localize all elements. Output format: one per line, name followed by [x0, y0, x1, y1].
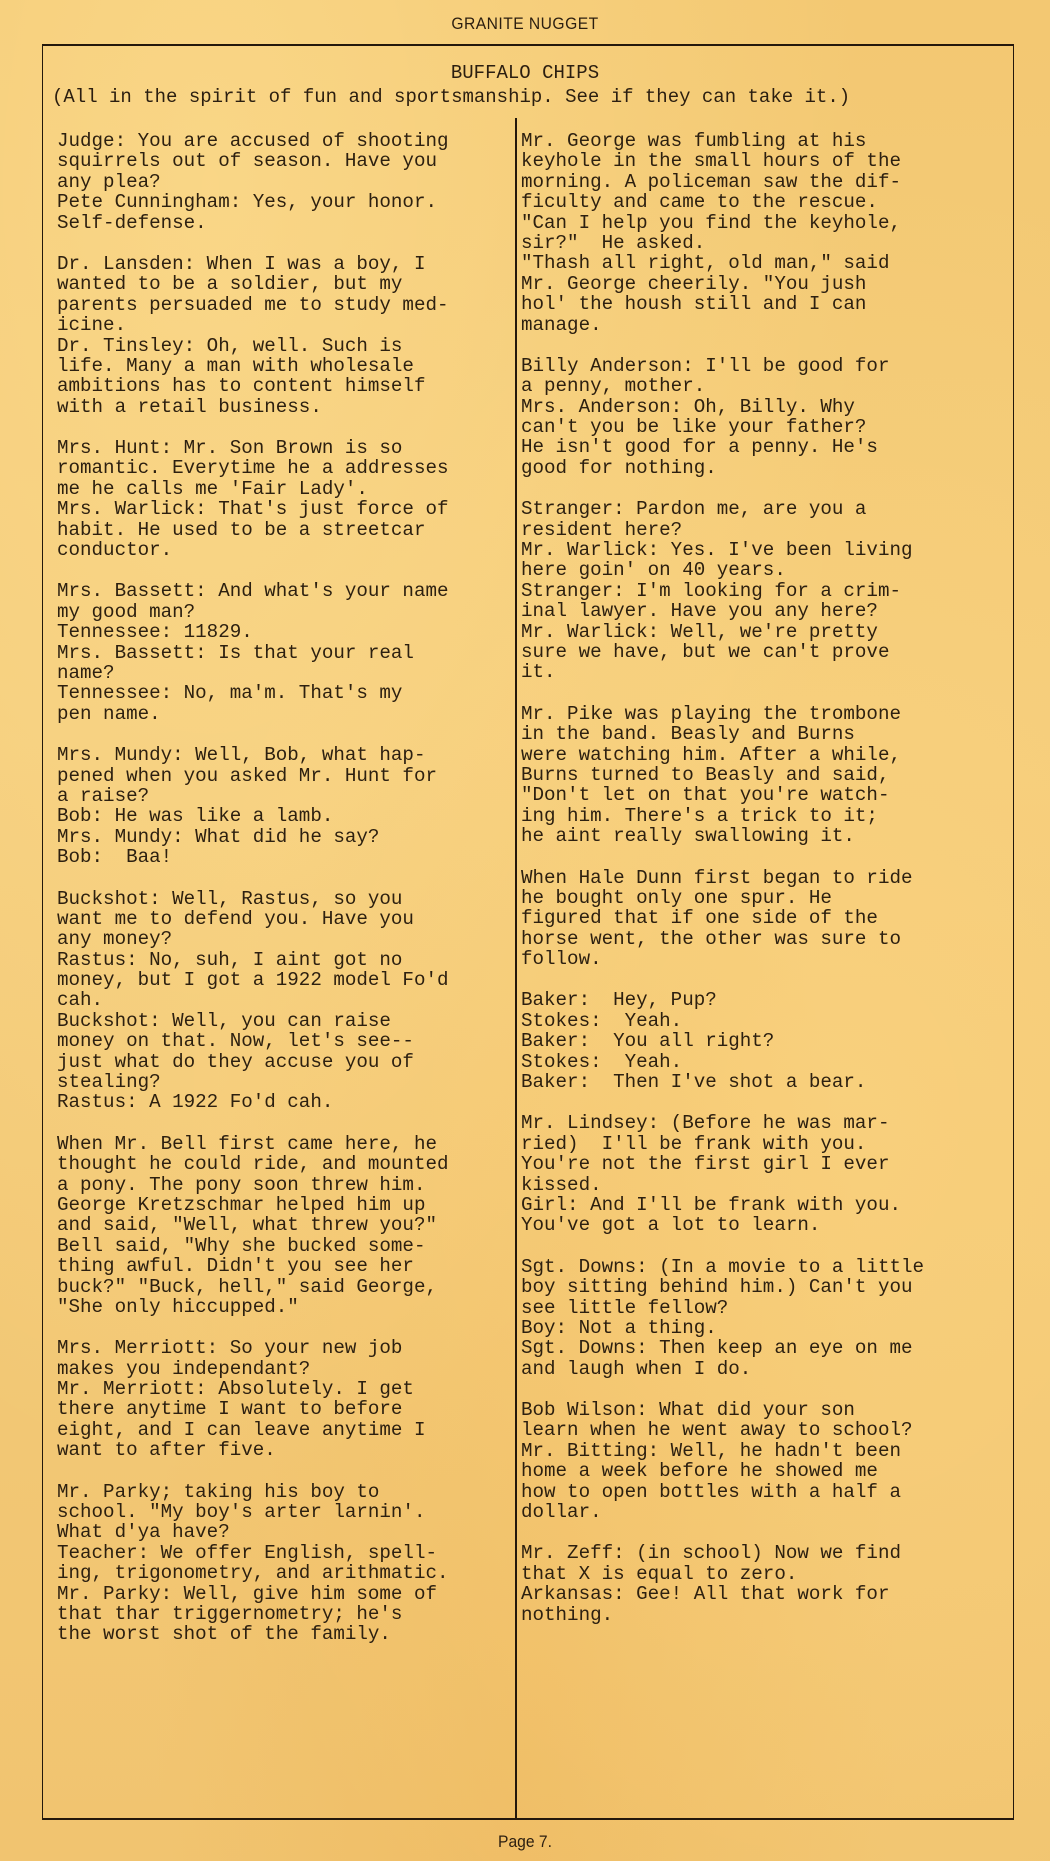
joke-line: with a retail business. [57, 397, 512, 417]
joke-line: nothing. [521, 1605, 1011, 1625]
joke-line: ambitions has to content himself [57, 376, 512, 396]
joke-line: want to after five. [57, 1440, 512, 1460]
joke-line: any plea? [57, 172, 512, 192]
joke-line: Sgt. Downs: Then keep an eye on me [521, 1338, 1011, 1358]
joke-line: school. "My boy's arter larnin'. [57, 1502, 512, 1522]
joke-item: Mr. Pike was playing the trombonein the … [521, 704, 1011, 847]
joke-line: You're not the first girl I ever [521, 1154, 1011, 1174]
joke-line: Mrs. Warlick: That's just force of [57, 499, 512, 519]
joke-item: Mr. Lindsey: (Before he was mar-ried) I'… [521, 1113, 1011, 1235]
newsletter-masthead: GRANITE NUGGET [42, 14, 1008, 34]
joke-line: me he calls me 'Fair Lady'. [57, 479, 512, 499]
joke-line: Dr. Lansden: When I was a boy, I [57, 254, 512, 274]
joke-line: Arkansas: Gee! All that work for [521, 1584, 1011, 1604]
joke-line: Rastus: A 1922 Fo'd cah. [57, 1092, 512, 1112]
joke-item: Mrs. Bassett: And what's your namemy goo… [57, 581, 512, 724]
joke-line: Stranger: I'm looking for a crim- [521, 581, 1011, 601]
joke-line: money on that. Now, let's see-- [57, 1031, 512, 1051]
joke-item: Mr. Parky; taking his boy toschool. "My … [57, 1482, 512, 1645]
joke-line: my good man? [57, 602, 512, 622]
joke-line: a pony. The pony soon threw him. [57, 1175, 512, 1195]
joke-line: ing, trigonometry, and arithmatic. [57, 1563, 512, 1583]
joke-line: were watching him. After a while, [521, 745, 1011, 765]
joke-line: "Don't let on that you're watch- [521, 785, 1011, 805]
joke-line: Mr. Pike was playing the trombone [521, 704, 1011, 724]
joke-line: Mrs. Bassett: And what's your name [57, 581, 512, 601]
joke-line: squirrels out of season. Have you [57, 151, 512, 171]
joke-line: a penny, mother. [521, 376, 1011, 396]
joke-line: just what do they accuse you of [57, 1052, 512, 1072]
joke-line: inal lawyer. Have you any here? [521, 601, 1011, 621]
joke-item: Sgt. Downs: (In a movie to a littleboy s… [521, 1257, 1011, 1379]
joke-line: thing awful. Didn't you see her [57, 1256, 512, 1276]
joke-line: Tennessee: No, ma'm. That's my [57, 683, 512, 703]
joke-line: Mr. Bitting: Well, he hadn't been [521, 1441, 1011, 1461]
joke-line: name? [57, 663, 512, 683]
joke-line: buck?" "Buck, hell," said George, [57, 1277, 512, 1297]
joke-line: When Hale Dunn first began to ride [521, 868, 1011, 888]
joke-line: parents persuaded me to study med- [57, 295, 512, 315]
joke-line: Baker: Then I've shot a bear. [521, 1072, 1011, 1092]
joke-line: that thar triggernometry; he's [57, 1604, 512, 1624]
joke-item: Mrs. Mundy: Well, Bob, what hap-pened wh… [57, 745, 512, 867]
joke-line: and laugh when I do. [521, 1359, 1011, 1379]
joke-item: Baker: Hey, Pup?Stokes: Yeah.Baker: You … [521, 990, 1011, 1092]
joke-line: Mrs. Anderson: Oh, Billy. Why [521, 397, 1011, 417]
joke-line: Mr. Lindsey: (Before he was mar- [521, 1113, 1011, 1133]
joke-line: dollar. [521, 1502, 1011, 1522]
joke-item: Billy Anderson: I'll be good fora penny,… [521, 356, 1011, 478]
joke-line: Mr. Parky; taking his boy to [57, 1482, 512, 1502]
joke-line: Baker: You all right? [521, 1031, 1011, 1051]
joke-line: Pete Cunningham: Yes, your honor. [57, 192, 512, 212]
joke-line: Mr. Warlick: Yes. I've been living [521, 540, 1011, 560]
joke-line: Buckshot: Well, you can raise [57, 1011, 512, 1031]
joke-line: Sgt. Downs: (In a movie to a little [521, 1257, 1011, 1277]
joke-line: sir?" He asked. [521, 233, 1011, 253]
joke-line: it. [521, 662, 1011, 682]
joke-line: the worst shot of the family. [57, 1624, 512, 1644]
joke-line: Mr. Warlick: Well, we're pretty [521, 622, 1011, 642]
section-subtitle: (All in the spirit of fun and sportsmans… [52, 86, 1012, 108]
joke-line: He isn't good for a penny. He's [521, 437, 1011, 457]
joke-line: Stokes: Yeah. [521, 1011, 1011, 1031]
joke-item: Mr. George was fumbling at hiskeyhole in… [521, 131, 1011, 335]
joke-line: ficulty and came to the rescue. [521, 192, 1011, 212]
joke-line: in the band. Beasly and Burns [521, 724, 1011, 744]
joke-item: Mrs. Merriott: So your new jobmakes you … [57, 1338, 512, 1460]
section-title: BUFFALO CHIPS [0, 62, 1050, 84]
joke-item: Buckshot: Well, Rastus, so youwant me to… [57, 889, 512, 1113]
joke-line: Girl: And I'll be frank with you. [521, 1195, 1011, 1215]
joke-item: When Hale Dunn first began to ridehe bou… [521, 868, 1011, 970]
joke-line: thought he could ride, and mounted [57, 1154, 512, 1174]
joke-line: resident here? [521, 520, 1011, 540]
joke-line: figured that if one side of the [521, 908, 1011, 928]
joke-line: Boy: Not a thing. [521, 1318, 1011, 1338]
joke-line: how to open bottles with a half a [521, 1482, 1011, 1502]
joke-line: here goin' on 40 years. [521, 560, 1011, 580]
joke-line: any money? [57, 929, 512, 949]
joke-line: ried) I'll be frank with you. [521, 1134, 1011, 1154]
joke-line: pened when you asked Mr. Hunt for [57, 766, 512, 786]
joke-line: Buckshot: Well, Rastus, so you [57, 889, 512, 909]
joke-line: and said, "Well, what threw you?" [57, 1215, 512, 1235]
joke-item: Dr. Lansden: When I was a boy, Iwanted t… [57, 254, 512, 417]
joke-item: Stranger: Pardon me, are you aresident h… [521, 499, 1011, 683]
joke-line: Mr. Parky: Well, give him some of [57, 1584, 512, 1604]
joke-line: good for nothing. [521, 458, 1011, 478]
joke-line: Mrs. Mundy: Well, Bob, what hap- [57, 745, 512, 765]
joke-line: a raise? [57, 786, 512, 806]
joke-line: "She only hiccupped." [57, 1297, 512, 1317]
joke-line: home a week before he showed me [521, 1461, 1011, 1481]
joke-line: When Mr. Bell first came here, he [57, 1134, 512, 1154]
page-number: Page 7. [42, 1832, 1008, 1852]
joke-line: Mr. Zeff: (in school) Now we find [521, 1543, 1011, 1563]
joke-line: What d'ya have? [57, 1522, 512, 1542]
joke-line: "Thash all right, old man," said [521, 253, 1011, 273]
joke-line: Rastus: No, suh, I aint got no [57, 950, 512, 970]
joke-line: Teacher: We offer English, spell- [57, 1543, 512, 1563]
joke-line: Billy Anderson: I'll be good for [521, 356, 1011, 376]
joke-line: You've got a lot to learn. [521, 1215, 1011, 1235]
joke-item: Mr. Zeff: (in school) Now we findthat X … [521, 1543, 1011, 1625]
joke-line: horse went, the other was sure to [521, 929, 1011, 949]
joke-item: Mrs. Hunt: Mr. Son Brown is soromantic. … [57, 438, 512, 560]
joke-line: life. Many a man with wholesale [57, 356, 512, 376]
joke-line: sure we have, but we can't prove [521, 642, 1011, 662]
joke-line: money, but I got a 1922 model Fo'd [57, 970, 512, 990]
joke-line: Bell said, "Why she bucked some- [57, 1236, 512, 1256]
joke-line: "Can I help you find the keyhole, [521, 213, 1011, 233]
joke-line: follow. [521, 949, 1011, 969]
joke-line: kissed. [521, 1175, 1011, 1195]
joke-line: eight, and I can leave anytime I [57, 1420, 512, 1440]
joke-line: he bought only one spur. He [521, 888, 1011, 908]
joke-line: can't you be like your father? [521, 417, 1011, 437]
joke-line: romantic. Everytime he a addresses [57, 458, 512, 478]
joke-line: Mrs. Bassett: Is that your real [57, 643, 512, 663]
joke-line: habit. He used to be a streetcar [57, 520, 512, 540]
joke-line: Mr. Merriott: Absolutely. I get [57, 1379, 512, 1399]
joke-line: Judge: You are accused of shooting [57, 131, 512, 151]
column-divider [515, 118, 517, 1820]
joke-item: When Mr. Bell first came here, hethought… [57, 1134, 512, 1318]
joke-line: learn when he went away to school? [521, 1420, 1011, 1440]
joke-line: hol' the housh still and I can [521, 294, 1011, 314]
joke-line: Mrs. Merriott: So your new job [57, 1338, 512, 1358]
left-column: Judge: You are accused of shootingsquirr… [57, 131, 512, 1645]
joke-line: there anytime I want to before [57, 1399, 512, 1419]
joke-line: stealing? [57, 1072, 512, 1092]
joke-line: conductor. [57, 540, 512, 560]
joke-line: morning. A policeman saw the dif- [521, 172, 1011, 192]
joke-line: ing him. There's a trick to it; [521, 806, 1011, 826]
joke-line: boy sitting behind him.) Can't you [521, 1277, 1011, 1297]
joke-line: Stokes: Yeah. [521, 1052, 1011, 1072]
joke-line: that X is equal to zero. [521, 1564, 1011, 1584]
joke-line: Mrs. Mundy: What did he say? [57, 827, 512, 847]
joke-line: icine. [57, 315, 512, 335]
joke-line: manage. [521, 315, 1011, 335]
joke-line: see little fellow? [521, 1298, 1011, 1318]
joke-line: Bob Wilson: What did your son [521, 1400, 1011, 1420]
joke-line: Stranger: Pardon me, are you a [521, 499, 1011, 519]
joke-line: Self-defense. [57, 213, 512, 233]
joke-line: wanted to be a soldier, but my [57, 274, 512, 294]
joke-line: Tennessee: 11829. [57, 622, 512, 642]
right-column: Mr. George was fumbling at hiskeyhole in… [521, 131, 1011, 1625]
joke-line: Dr. Tinsley: Oh, well. Such is [57, 336, 512, 356]
joke-line: Burns turned to Beasly and said, [521, 765, 1011, 785]
joke-line: Baker: Hey, Pup? [521, 990, 1011, 1010]
joke-item: Judge: You are accused of shootingsquirr… [57, 131, 512, 233]
joke-line: Mr. George cheerily. "You jush [521, 274, 1011, 294]
joke-line: keyhole in the small hours of the [521, 151, 1011, 171]
joke-line: Mr. George was fumbling at his [521, 131, 1011, 151]
joke-line: want me to defend you. Have you [57, 909, 512, 929]
joke-item: Bob Wilson: What did your sonlearn when … [521, 1400, 1011, 1522]
joke-line: George Kretzschmar helped him up [57, 1195, 512, 1215]
joke-line: Bob: Baa! [57, 847, 512, 867]
joke-line: Mrs. Hunt: Mr. Son Brown is so [57, 438, 512, 458]
joke-line: he aint really swallowing it. [521, 826, 1011, 846]
joke-line: pen name. [57, 704, 512, 724]
joke-line: Bob: He was like a lamb. [57, 806, 512, 826]
joke-line: makes you independant? [57, 1359, 512, 1379]
joke-line: cah. [57, 990, 512, 1010]
